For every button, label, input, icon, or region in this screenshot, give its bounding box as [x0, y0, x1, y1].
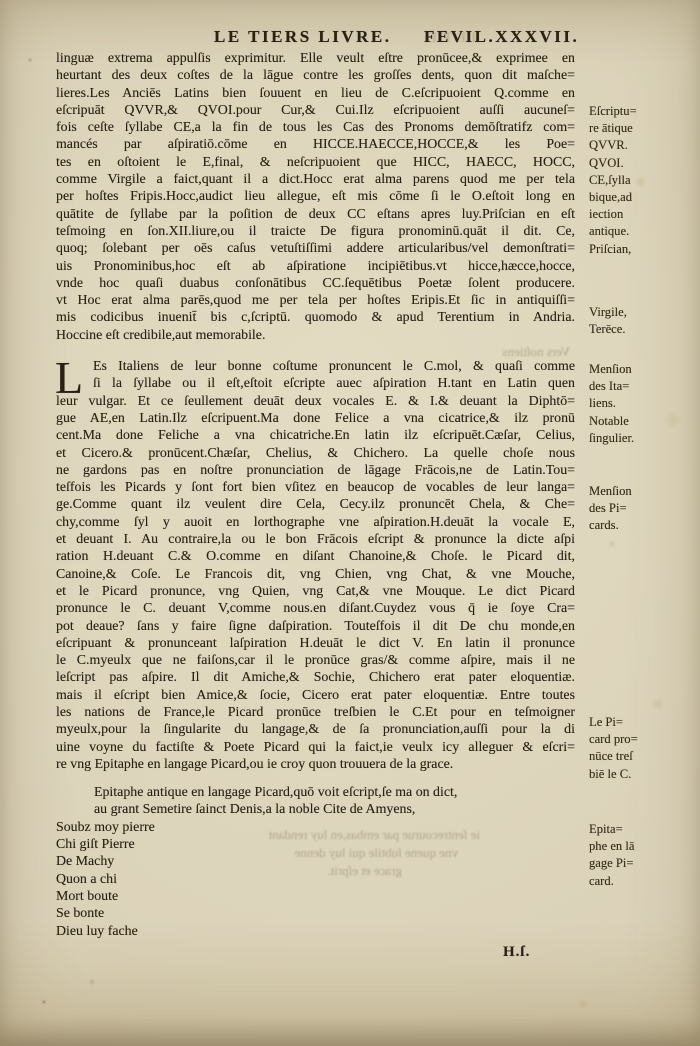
text-line: „ mancés par aſpiratiō.cōme en HICCE.HAE…	[56, 136, 575, 153]
margin-note-text: ſingulier.	[589, 431, 634, 445]
text-line-content: Se bonte	[56, 906, 104, 921]
margin-note-line: card pro=	[589, 731, 673, 748]
text-line: „ comme Virgile a faict,quant il a dict.…	[56, 171, 575, 188]
book-title: LE TIERS LIVRE.	[214, 27, 392, 47]
text-line-content: quoq; ſolebant per oēs caſus vetuſtiſſim…	[56, 241, 575, 256]
text-line: leſcript pas aſpire. Il dit Amiche,& Soc…	[56, 669, 575, 686]
text-line: pot deaue? ſans y faire ſigne daſpiratio…	[56, 618, 575, 635]
text-line-content: uine voyne du factiſte & Poete Picard qu…	[56, 740, 575, 755]
text-line: myeulx,pour la ſingularite du langage,& …	[56, 721, 575, 738]
margin-note-line: nūce treſ	[589, 748, 673, 765]
margin-note-text: CE,ſylla	[589, 173, 631, 187]
text-line-content: le C.myeulx que ne faiſons,car il le pro…	[56, 653, 575, 668]
text-line-content: mis codicibus inuenit̄ bis c,ſcriptū. qu…	[56, 310, 575, 325]
gathering-signature: H.ſ.	[503, 944, 530, 961]
folio-number: FEVIL.XXXVII.	[424, 27, 579, 47]
margin-note-text: Eſcriptu=	[589, 104, 637, 118]
margin-note-line: Epita=	[589, 821, 673, 838]
margin-note-text: Notable	[589, 414, 629, 428]
margin-note-text: card.	[589, 874, 614, 888]
text-line: „ quātite de ſyllabe par la poſition de …	[56, 206, 575, 223]
text-line-content: Dieu luy fache	[56, 924, 138, 939]
text-line: „ quoq; ſolebant per oēs caſus vetuſtiſſ…	[56, 240, 575, 257]
margin-note-line: Virgile,	[589, 304, 673, 321]
text-line-content: De Machy	[56, 854, 114, 869]
text-line-content: et Cicero.& pronūcent.Chæſar, Chelius, &…	[56, 446, 575, 461]
text-line-content: cent.Ma done Feliche a vna chicatriche.E…	[56, 428, 575, 443]
text-line: au grant Semetire ſainct Denis,a la nobl…	[56, 801, 575, 818]
text-line-content: Chi giſt Pierre	[56, 837, 135, 852]
text-line-content: mais il eſcript bien Amice,& ſocie, Cice…	[56, 688, 575, 703]
margin-note-text: Terēce.	[589, 322, 626, 336]
margin-note-text: phe en lā	[589, 839, 634, 853]
text-line-content: Epitaphe antique en langage Picard,quō v…	[94, 785, 457, 800]
text-line: „ linguæ extrema appulſis exprimitur. El…	[56, 50, 575, 67]
text-line: „ per hoſtes Fripis.Hocc,audict lieu all…	[56, 188, 575, 205]
margin-note-line: cards.	[589, 517, 673, 534]
text-line: Canoine,& Coſe. Le Francois dit, vng Chi…	[56, 566, 575, 583]
text-line: et le Picard pronunce, vng Quien, vng Ca…	[56, 583, 575, 600]
text-line-content: les nations de France,le Picard pronūce …	[56, 705, 575, 720]
text-line-content: tes en oſtoient le E,final, & neſcripuoi…	[56, 155, 575, 170]
margin-note-picards: Menſiondes Pi=cards.	[589, 483, 673, 535]
text-line-content: ne gardons pas en noſtre pronunciation d…	[56, 463, 575, 478]
text-line-content: lieres.Les Anciēs Latins bien ſouuent en…	[56, 86, 575, 101]
text-line: cent.Ma done Feliche a vna chicatriche.E…	[56, 427, 575, 444]
margin-note-line: Le Pi=	[589, 714, 673, 731]
epitaph-verse-line: Dieu luy fache	[56, 923, 575, 940]
margin-note-line: des Ita=	[589, 378, 673, 395]
margin-note-text: QVVR.	[589, 138, 628, 152]
margin-note-text: Le Pi=	[589, 715, 623, 729]
text-line-content: teſmoing en ſon.XII.liure,ou il traicte …	[56, 224, 575, 239]
margin-note-text: bique,ad	[589, 190, 632, 204]
text-line-content: leur vulgar. Et ce ſeullement deuāt deux…	[56, 394, 575, 409]
text-line: „ eſcripuāt QVVR,& QVOI.pour Cur,& Cui.I…	[56, 102, 575, 119]
margin-note-line: Priſcian,	[589, 241, 673, 258]
text-line-content: Hoccine eſt credibile,aut memorabile.	[56, 328, 265, 343]
text-line-content: quātite de ſyllabe par la poſition de de…	[56, 207, 575, 222]
margin-note-text: card pro=	[589, 732, 638, 746]
text-line-content: eſcripuāt QVVR,& QVOI.pour Cur,& Cui.Ilz…	[56, 103, 575, 118]
text-line-content: vnde hoc quaſi duabus conſonātibus CC.ſe…	[56, 276, 575, 291]
text-line: ge.Comme quant ilz veulent dire Cela, Ce…	[56, 496, 575, 513]
margin-note-virgile: Virgile,Terēce.	[589, 304, 673, 338]
epitaph-verse: Soubz moy pierre Chi giſt Pierre De Mach…	[56, 819, 575, 940]
text-line: leur vulgar. Et ce ſeullement deuāt deux…	[56, 393, 575, 410]
margin-note-text: re ātique	[589, 121, 633, 135]
text-line-content: Soubz moy pierre	[56, 820, 155, 835]
paragraph-italiens-lines: Es Italiens de leur bonne coſtume pronun…	[56, 358, 575, 773]
margin-note-text: des Ita=	[589, 379, 629, 393]
epitaph-introduction: Epitaphe antique en langage Picard,quō v…	[56, 784, 575, 819]
text-line-content: Quon a chi	[56, 872, 117, 887]
margin-note-line: Menſion	[589, 483, 673, 500]
margin-note-line: CE,ſylla	[589, 172, 673, 189]
text-line-content: ge.Comme quant ilz veulent dire Cela, Ce…	[56, 497, 575, 512]
margin-note-line: Menſion	[589, 361, 673, 378]
text-line: teſfois les Picards y ſont fort bien vſi…	[56, 479, 575, 496]
text-line-content: chy,comme ſyl y auoit en lorthographe vn…	[56, 515, 575, 530]
paragraph-italiens: L Es Italiens de leur bonne coſtume pron…	[56, 358, 575, 773]
text-line: re vng Epitaphe en langage Picard,ou ie …	[56, 756, 575, 773]
text-line: „ teſmoing en ſon.XII.liure,ou il traict…	[56, 223, 575, 240]
text-line: ne gardons pas en noſtre pronunciation d…	[56, 462, 575, 479]
epitaph-verse-line: Se bonte	[56, 905, 575, 922]
epitaph-verse-line: Chi giſt Pierre	[56, 836, 575, 853]
text-line-content: Canoine,& Coſe. Le Francois dit, vng Chi…	[56, 567, 575, 582]
margin-note-escripture: Eſcriptu=re ātiqueQVVR.QVOI.CE,ſyllabiqu…	[589, 103, 673, 258]
margin-note-italiens: Menſiondes Ita=liens.Notableſingulier.	[589, 361, 673, 447]
margin-note-line: bique,ad	[589, 189, 673, 206]
margin-note-text: Epita=	[589, 822, 623, 836]
epitaph-verse-line: Soubz moy pierre	[56, 819, 575, 836]
text-line: „ Hoccine eſt credibile,aut memorabile.	[56, 327, 575, 344]
text-line-content: uis Pronominibus,hoc eſt ab aſpiratione …	[56, 259, 575, 274]
text-line-content: et le Picard pronunce, vng Quien, vng Ca…	[56, 584, 575, 599]
text-line-content: mancés par aſpiratiō.cōme en HICCE.HAECC…	[56, 137, 575, 152]
text-line: Es Italiens de leur bonne coſtume pronun…	[56, 358, 575, 375]
book-page-scan: LE TIE Vers noſtiens ie ſentrecourue par…	[0, 0, 700, 1046]
text-line-content: heurtant des deux coſtes de la lāgue con…	[56, 68, 575, 83]
text-line-content: re vng Epitaphe en langage Picard,ou ie …	[56, 757, 453, 772]
text-line-content: Mort boute	[56, 889, 118, 904]
margin-note-text: nūce treſ	[589, 749, 633, 763]
margin-note-text: Virgile,	[589, 305, 627, 319]
margin-note-text: Menſion	[589, 484, 632, 498]
margin-note-line: Eſcriptu=	[589, 103, 673, 120]
margin-note-lepicard: Le Pi=card pro=nūce treſbiē le C.	[589, 714, 673, 783]
running-head: LE TIERS LIVRE. FEVIL.XXXVII.	[0, 27, 700, 49]
margin-note-line: des Pi=	[589, 500, 673, 517]
text-line-content: leſcript pas aſpire. Il dit Amiche,& Soc…	[56, 670, 575, 685]
text-column: „ linguæ extrema appulſis exprimitur. El…	[56, 50, 575, 940]
text-line: le C.myeulx que ne faiſons,car il le pro…	[56, 652, 575, 669]
margin-note-text: antique.	[589, 224, 629, 238]
text-line: „ vt Hoc erat alma parēs,quod me per tel…	[56, 292, 575, 309]
paragraph-quotation: „ linguæ extrema appulſis exprimitur. El…	[56, 50, 575, 344]
text-line-content: ſi la ſyllabe ou il eſt,eſtoit eſcripte …	[93, 376, 575, 391]
margin-note-line: re ātique	[589, 120, 673, 137]
text-line-content: teſfois les Picards y ſont fort bien vſi…	[56, 480, 575, 495]
text-line: les nations de France,le Picard pronūce …	[56, 704, 575, 721]
margin-note-text: gage Pi=	[589, 856, 634, 870]
text-line: gue AE,en Latin.Ilz eſcripuent.Ma done F…	[56, 410, 575, 427]
margin-note-epitaphe: Epita=phe en lāgage Pi=card.	[589, 821, 673, 890]
text-line-content: vt Hoc erat alma parēs,quod me per tela …	[56, 293, 575, 308]
margin-note-line: Terēce.	[589, 321, 673, 338]
epitaph-verse-line: Quon a chi	[56, 871, 575, 888]
margin-note-line: QVOI.	[589, 155, 673, 172]
text-line-content: gue AE,en Latin.Ilz eſcripuent.Ma done F…	[56, 411, 575, 426]
margin-note-text: Menſion	[589, 362, 632, 376]
margin-note-text: cards.	[589, 518, 619, 532]
text-line: „ vnde hoc quaſi duabus conſonātibus CC.…	[56, 275, 575, 292]
text-line-content: eſcripuant & pronunceant laſpiration H.d…	[56, 636, 575, 651]
text-line: lieres.Les Anciēs Latins bien ſouuent en…	[56, 85, 575, 102]
margin-note-text: biē le C.	[589, 767, 631, 781]
text-line: „ uis Pronominibus,hoc eſt ab aſpiration…	[56, 258, 575, 275]
text-line-content: ration H.deuant C.& O.comme en diſant Ch…	[56, 549, 575, 564]
margin-note-text: des Pi=	[589, 501, 627, 515]
margin-note-line: biē le C.	[589, 766, 673, 783]
text-line-content: comme Virgile a faict,quant il a dict.Ho…	[56, 172, 575, 187]
margin-note-text: Priſcian,	[589, 242, 631, 256]
text-line: eſcripuant & pronunceant laſpiration H.d…	[56, 635, 575, 652]
margin-note-line: gage Pi=	[589, 855, 673, 872]
text-line: et deuant I. Au contraire,la ou le bon F…	[56, 531, 575, 548]
text-line: „ tes en oſtoient le E,final, & neſcripu…	[56, 154, 575, 171]
text-line-content: fois ceſte ſyllabe CE,a la fin de tous l…	[56, 120, 575, 135]
epitaph-verse-line: Mort boute	[56, 888, 575, 905]
margin-note-line: Notable	[589, 413, 673, 430]
epitaph-verse-line: De Machy	[56, 853, 575, 870]
margin-note-text: QVOI.	[589, 156, 624, 170]
text-line: chy,comme ſyl y auoit en lorthographe vn…	[56, 514, 575, 531]
text-line: fois ceſte ſyllabe CE,a la fin de tous l…	[56, 119, 575, 136]
text-line: uine voyne du factiſte & Poete Picard qu…	[56, 739, 575, 756]
text-line: Epitaphe antique en langage Picard,quō v…	[56, 784, 575, 801]
text-line-content: per hoſtes Fripis.Hocc,audict lieu alleg…	[56, 189, 575, 204]
margin-note-line: antique.	[589, 223, 673, 240]
text-line: ſi la ſyllabe ou il eſt,eſtoit eſcripte …	[56, 375, 575, 392]
text-line: heurtant des deux coſtes de la lāgue con…	[56, 67, 575, 84]
margin-note-line: ſingulier.	[589, 430, 673, 447]
text-line: „ mis codicibus inuenit̄ bis c,ſcriptū. …	[56, 309, 575, 326]
text-line-content: pot deaue? ſans y faire ſigne daſpiratio…	[56, 619, 575, 634]
margin-note-line: phe en lā	[589, 838, 673, 855]
text-line-content: linguæ extrema appulſis exprimitur. Elle…	[56, 51, 575, 66]
margin-note-line: liens.	[589, 395, 673, 412]
margin-note-text: liens.	[589, 396, 616, 410]
margin-note-text: iection	[589, 207, 623, 221]
text-line-content: au grant Semetire ſainct Denis,a la nobl…	[94, 802, 415, 817]
text-line: ration H.deuant C.& O.comme en diſant Ch…	[56, 548, 575, 565]
margin-note-line: card.	[589, 873, 673, 890]
text-line-content: pronunce le C. deuant V,comme nous.en di…	[56, 601, 575, 616]
text-line-content: et deuant I. Au contraire,la ou le bon F…	[56, 532, 575, 547]
text-line-content: myeulx,pour la ſingularite du langage,& …	[56, 722, 575, 737]
text-line: mais il eſcript bien Amice,& ſocie, Cice…	[56, 687, 575, 704]
text-line: pronunce le C. deuant V,comme nous.en di…	[56, 600, 575, 617]
text-line: et Cicero.& pronūcent.Chæſar, Chelius, &…	[56, 445, 575, 462]
text-line-content: Es Italiens de leur bonne coſtume pronun…	[93, 359, 575, 374]
margin-note-line: iection	[589, 206, 673, 223]
margin-note-line: QVVR.	[589, 137, 673, 154]
